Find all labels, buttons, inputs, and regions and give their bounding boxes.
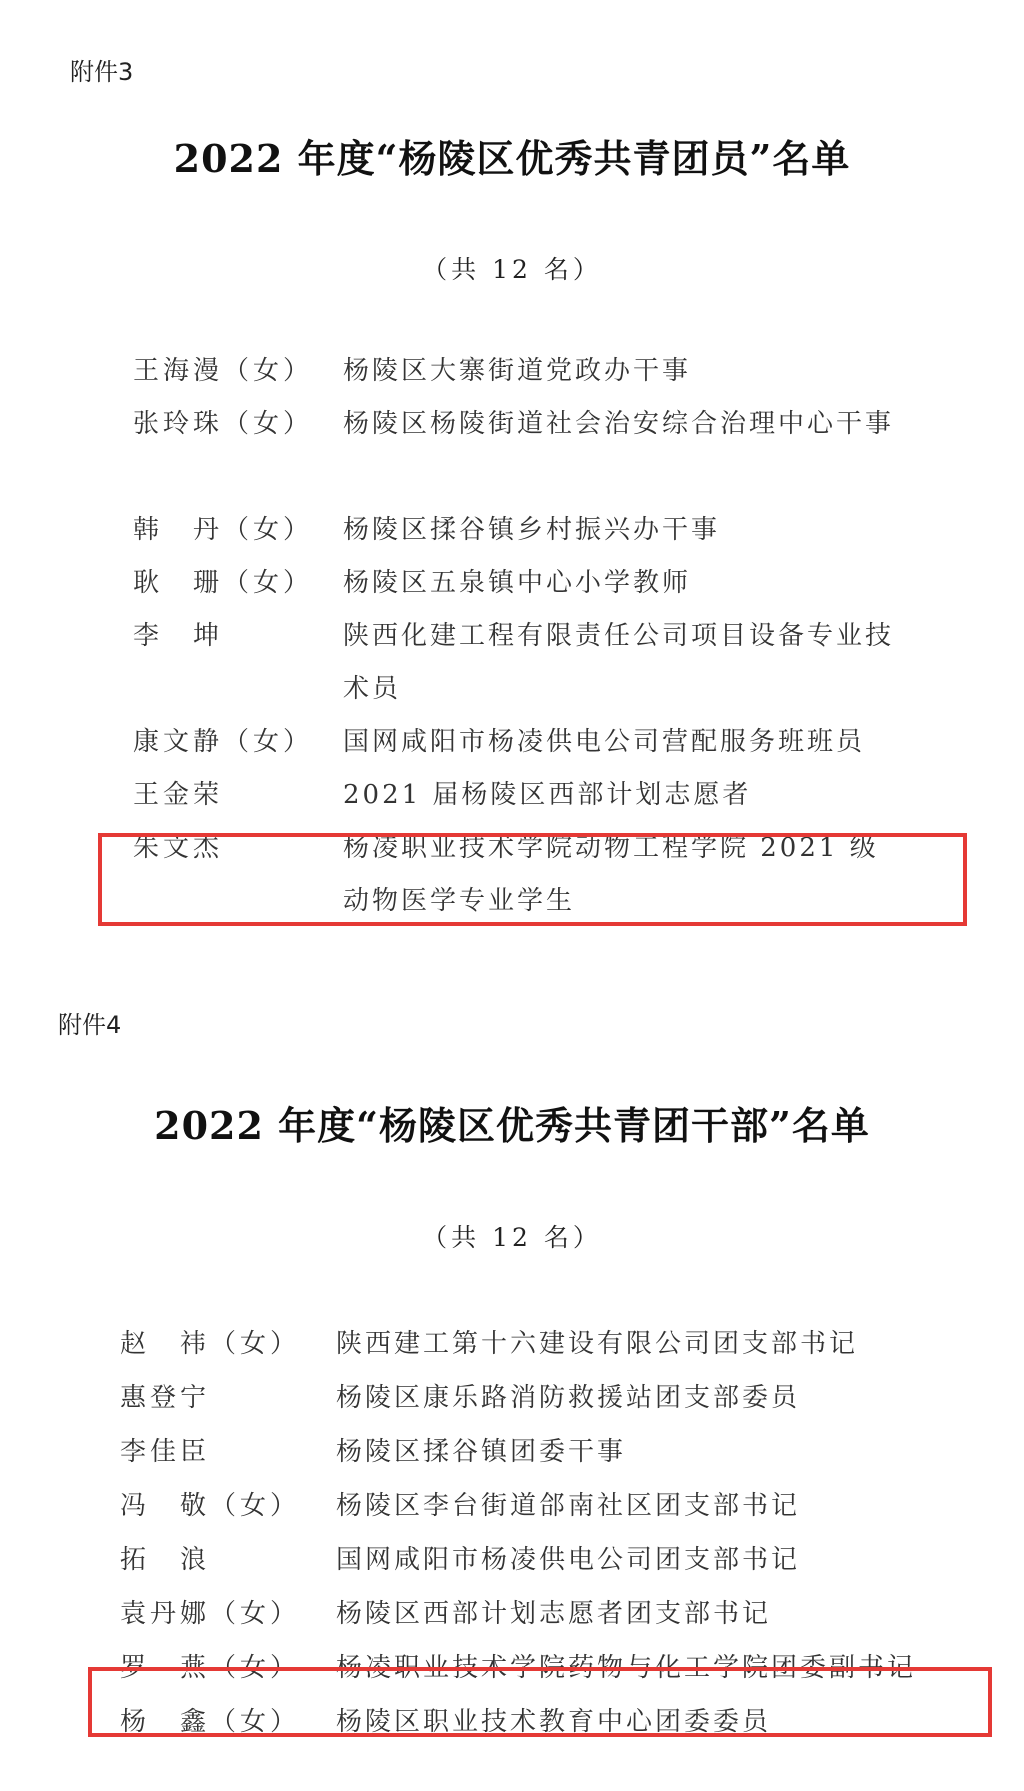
entry-name: 王海漫（女） — [133, 345, 313, 398]
entry-name: 冯 敬（女） — [120, 1480, 300, 1533]
entry-name: 王金荣 — [133, 769, 223, 822]
entry-name: 拓 浪 — [120, 1534, 210, 1587]
entry-unit: 杨陵区康乐路消防救援站团支部委员 — [336, 1372, 936, 1425]
section3-count: （共 12 名） — [0, 250, 1024, 286]
entry-name: 赵 祎（女） — [120, 1318, 300, 1371]
entry-unit: 杨陵区西部计划志愿者团支部书记 — [336, 1588, 936, 1641]
entry-name: 张玲珠（女） — [133, 398, 313, 451]
entry-unit: 杨陵区杨陵街道社会治安综合治理中心干事 — [343, 398, 903, 451]
entry-unit: 杨陵区揉谷镇团委干事 — [336, 1426, 936, 1479]
highlight-box-section3 — [98, 833, 967, 926]
entry-name: 韩 丹（女） — [133, 504, 313, 557]
entry-name: 李佳臣 — [120, 1426, 210, 1479]
entry-unit: 国网咸阳市杨凌供电公司团支部书记 — [336, 1534, 936, 1587]
entry-name: 耿 珊（女） — [133, 557, 313, 610]
section3-title: 2022 年度“杨陵区优秀共青团员”名单 — [0, 128, 1024, 183]
entry-unit: 国网咸阳市杨凌供电公司营配服务班班员 — [343, 716, 903, 769]
entry-name: 李 坤 — [133, 610, 223, 663]
attachment-label-4: 附件4 — [58, 1005, 121, 1040]
entry-unit: 杨陵区揉谷镇乡村振兴办干事 — [343, 504, 903, 557]
entry-unit: 陕西化建工程有限责任公司项目设备专业技术员 — [343, 610, 903, 716]
entry-name: 袁丹娜（女） — [120, 1588, 300, 1641]
entry-name: 康文静（女） — [133, 716, 313, 769]
entry-unit: 2021 届杨陵区西部计划志愿者 — [343, 769, 903, 822]
entry-unit: 陕西建工第十六建设有限公司团支部书记 — [336, 1318, 936, 1371]
entry-unit: 杨陵区五泉镇中心小学教师 — [343, 557, 903, 610]
entry-name: 惠登宁 — [120, 1372, 210, 1425]
highlight-box-section4 — [88, 1667, 992, 1737]
section4-title: 2022 年度“杨陵区优秀共青团干部”名单 — [0, 1095, 1024, 1150]
entry-unit: 杨陵区大寨街道党政办干事 — [343, 345, 903, 398]
attachment-label-3: 附件3 — [70, 52, 133, 87]
entry-unit: 杨陵区李台街道郃南社区团支部书记 — [336, 1480, 936, 1533]
section4-count: （共 12 名） — [0, 1218, 1024, 1254]
